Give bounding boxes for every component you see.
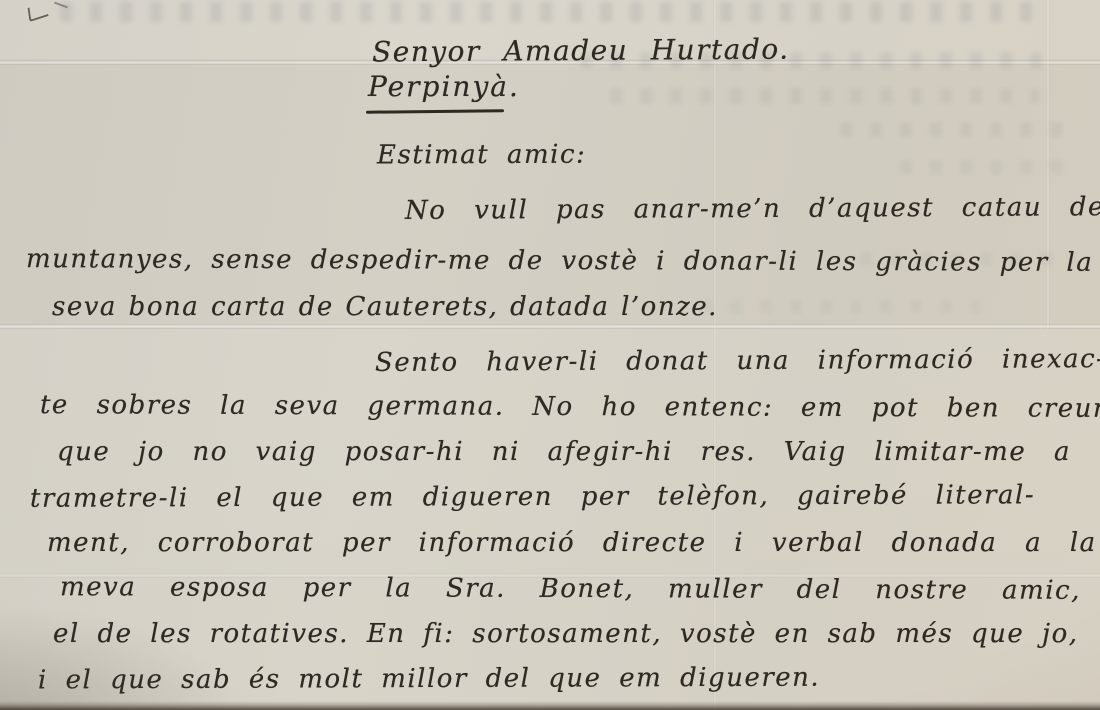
fold-crease-horizontal-middle bbox=[0, 324, 1100, 329]
ink-showthrough-mark bbox=[610, 88, 1040, 104]
corner-shadow bbox=[0, 560, 340, 710]
place-line: Perpinyà. bbox=[368, 70, 520, 103]
pencil-mark bbox=[28, 2, 49, 22]
body-line: te sobres la seva germana. No ho entenc:… bbox=[40, 390, 1100, 424]
body-line: muntanyes, sense despedir-me de vostè i … bbox=[26, 244, 1093, 278]
body-line: ment, corroborat per informació directe … bbox=[47, 528, 1097, 558]
ink-showthrough-mark bbox=[700, 300, 1000, 313]
recipient-line: Senyor Amadeu Hurtado. bbox=[372, 33, 790, 69]
letter-photograph: Senyor Amadeu Hurtado. Perpinyà. Estimat… bbox=[0, 0, 1100, 710]
body-line: que jo no vaig posar-hi ni afegir-hi res… bbox=[57, 437, 1071, 467]
ink-showthrough-mark bbox=[840, 122, 1075, 137]
body-line: Sento haver-li donat una informació inex… bbox=[375, 344, 1100, 378]
ink-showthrough-mark bbox=[60, 2, 1050, 22]
paper-bottom-edge-shadow bbox=[0, 701, 1100, 710]
body-line: trametre-li el que em digueren per telèf… bbox=[30, 480, 1035, 514]
body-line: seva bona carta de Cauterets, datada l’o… bbox=[52, 292, 718, 322]
place-underline-stroke bbox=[366, 109, 504, 113]
ink-showthrough-mark bbox=[900, 160, 1080, 174]
body-line: No vull pas anar-me’n d’aquest catau de bbox=[405, 192, 1100, 226]
salutation-line: Estimat amic: bbox=[377, 140, 586, 171]
